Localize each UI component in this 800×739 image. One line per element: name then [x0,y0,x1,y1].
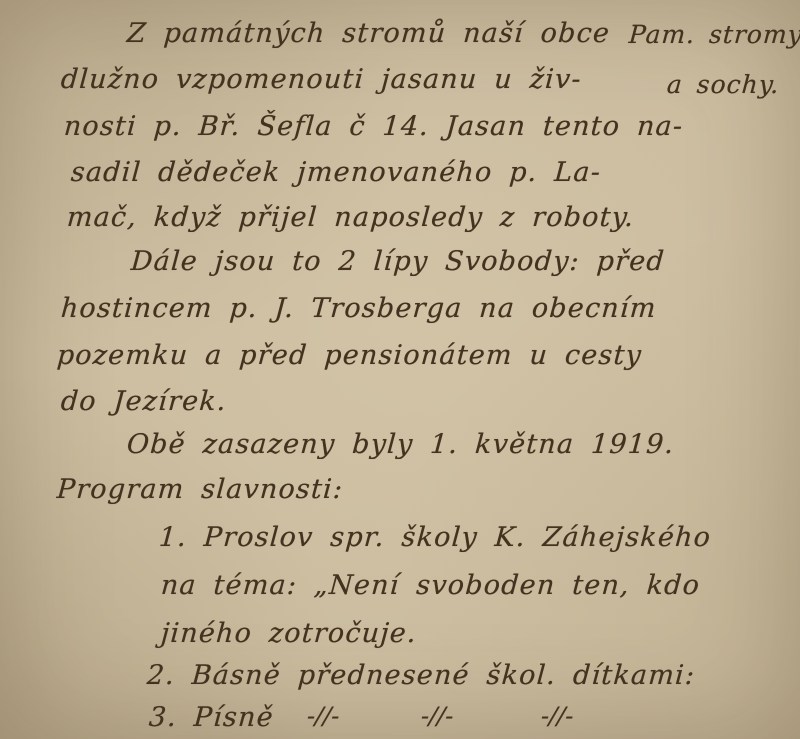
handwritten-line: 1. Proslov spr. školy K. Záhejského [158,522,712,553]
margin-note: Pam. stromy [628,20,800,49]
handwritten-line: dlužno vzpomenouti jasanu u živ- [60,64,583,95]
margin-note: a sochy. [666,70,781,99]
handwritten-line: pozemku a před pensionátem u cesty [56,340,643,371]
handwritten-line: Z památných stromů naší obce [126,18,611,49]
handwritten-line: Obě zasazeny byly 1. května 1919. [126,429,676,460]
handwritten-line: sadil dědeček jmenovaného p. La- [70,157,602,188]
handwritten-line: Dále jsou to 2 lípy Svobody: před [130,246,666,277]
ditto-mark: -//- [420,702,454,730]
handwritten-line: hostincem p. J. Trosberga na obecním [60,293,658,324]
ditto-mark: -//- [306,702,340,730]
handwritten-line: do Jezírek. [60,386,228,417]
handwritten-line: Program slavnosti: [56,474,344,505]
chronicle-page: Pam. stromy a sochy. Z památných stromů … [0,0,800,739]
handwritten-line: nosti p. Bř. Šefla č 14. Jasan tento na- [63,111,685,142]
ditto-mark: -//- [540,702,574,730]
handwritten-line: mač, když přijel naposledy z roboty. [66,202,636,233]
handwritten-line: na téma: „Není svoboden ten, kdo [160,570,701,601]
handwritten-line: jiného zotročuje. [160,618,418,649]
handwritten-line: 3. Písně [148,702,275,733]
handwritten-line-with-dittos: 3. Písně -//- -//- -//- [148,702,275,733]
handwritten-line: 2. Básně přednesené škol. dítkami: [146,660,696,691]
